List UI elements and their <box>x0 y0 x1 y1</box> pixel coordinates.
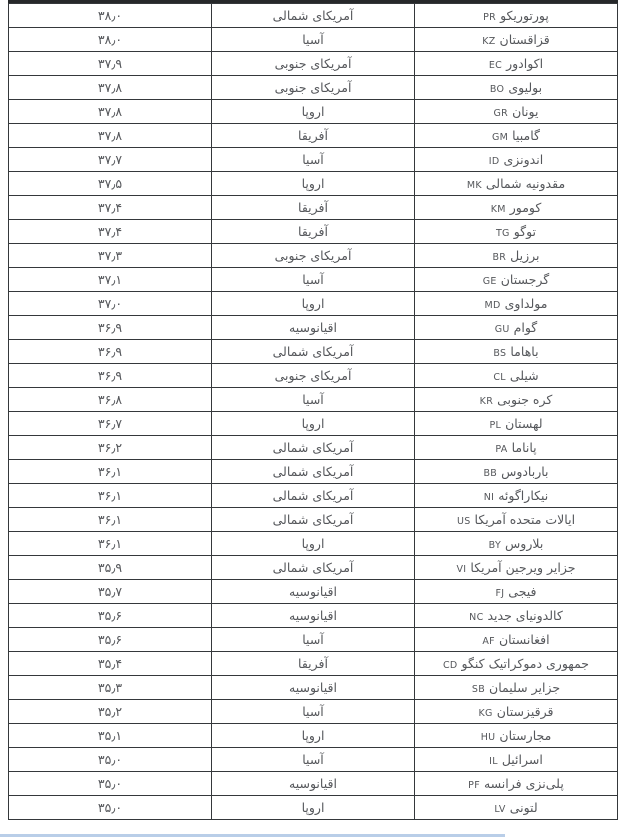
table-row: بلاروس BY اروپا ۳۶٫۱ <box>9 532 618 556</box>
continent-cell: آسیا <box>212 268 415 292</box>
value-text: ۳۶٫۹ <box>98 368 122 383</box>
country-name: گوام <box>514 320 538 335</box>
continent-cell: آسیا <box>212 28 415 52</box>
country-cell: توگو TG <box>415 220 618 244</box>
table-row: اندونزی ID آسیا ۳۷٫۷ <box>9 148 618 172</box>
country-name: لتونی <box>510 800 538 815</box>
value-text: ۳۸٫۰ <box>98 8 122 23</box>
value-cell: ۳۷٫۱ <box>9 268 212 292</box>
continent-cell: آمریکای شمالی <box>212 556 415 580</box>
country-name: بلاروس <box>505 536 543 551</box>
country-code: TG <box>496 228 510 239</box>
table-body: پورتوریکو PR آمریکای شمالی ۳۸٫۰ قزاقستان… <box>9 4 618 820</box>
value-cell: ۳۶٫۹ <box>9 316 212 340</box>
table-row: فیجی FJ اقیانوسیه ۳۵٫۷ <box>9 580 618 604</box>
continent-cell: اقیانوسیه <box>212 676 415 700</box>
table-row: جمهوری دموکراتیک کنگو CD آفریقا ۳۵٫۴ <box>9 652 618 676</box>
country-name: فیجی <box>508 584 536 599</box>
continent-name: آسیا <box>302 392 324 407</box>
country-cell: نیکاراگوئه NI <box>415 484 618 508</box>
country-code: BS <box>493 348 506 359</box>
continent-cell: آمریکای شمالی <box>212 436 415 460</box>
table-row: شیلی CL آمریکای جنوبی ۳۶٫۹ <box>9 364 618 388</box>
continent-cell: آمریکای شمالی <box>212 4 415 28</box>
value-cell: ۳۶٫۱ <box>9 508 212 532</box>
continent-cell: اروپا <box>212 100 415 124</box>
continent-cell: اقیانوسیه <box>212 604 415 628</box>
continent-cell: آمریکای شمالی <box>212 484 415 508</box>
value-cell: ۳۷٫۸ <box>9 124 212 148</box>
table-row: توگو TG آفریقا ۳۷٫۴ <box>9 220 618 244</box>
continent-cell: آسیا <box>212 388 415 412</box>
country-name: پلی‌نزی فرانسه <box>484 776 564 791</box>
value-text: ۳۶٫۸ <box>98 392 122 407</box>
continent-cell: آفریقا <box>212 124 415 148</box>
continent-cell: اروپا <box>212 532 415 556</box>
value-cell: ۳۷٫۸ <box>9 100 212 124</box>
table-row: لتونی LV اروپا ۳۵٫۰ <box>9 796 618 820</box>
country-name: باهاما <box>510 344 538 359</box>
country-cell: جزایر ویرجین آمریکا VI <box>415 556 618 580</box>
country-name: افغانستان <box>499 632 550 647</box>
continent-cell: اروپا <box>212 412 415 436</box>
country-cell: مجارستان HU <box>415 724 618 748</box>
value-cell: ۳۵٫۷ <box>9 580 212 604</box>
value-text: ۳۵٫۴ <box>98 656 122 671</box>
country-cell: اکوادور EC <box>415 52 618 76</box>
continent-cell: آمریکای جنوبی <box>212 76 415 100</box>
country-name: قزاقستان <box>500 32 550 47</box>
country-cell: یونان GR <box>415 100 618 124</box>
continent-cell: آمریکای جنوبی <box>212 52 415 76</box>
page: پورتوریکو PR آمریکای شمالی ۳۸٫۰ قزاقستان… <box>0 0 626 837</box>
country-name: قرقیزستان <box>497 704 554 719</box>
table-row: پاناما PA آمریکای شمالی ۳۶٫۲ <box>9 436 618 460</box>
country-name: ایالات متحده آمریکا <box>475 512 576 527</box>
value-text: ۳۵٫۶ <box>98 608 122 623</box>
value-text: ۳۵٫۷ <box>98 584 122 599</box>
countries-table-wrap: پورتوریکو PR آمریکای شمالی ۳۸٫۰ قزاقستان… <box>8 0 618 820</box>
country-cell: ایالات متحده آمریکا US <box>415 508 618 532</box>
table-row: اسرائیل IL آسیا ۳۵٫۰ <box>9 748 618 772</box>
continent-name: آسیا <box>302 152 324 167</box>
country-code: EC <box>489 60 502 71</box>
value-text: ۳۵٫۳ <box>98 680 122 695</box>
table-row: بولیوی BO آمریکای جنوبی ۳۷٫۸ <box>9 76 618 100</box>
country-cell: گرجستان GE <box>415 268 618 292</box>
country-name: اندونزی <box>503 152 543 167</box>
country-code: FJ <box>495 588 504 599</box>
continent-name: آمریکای جنوبی <box>275 80 352 95</box>
country-code: NC <box>469 612 483 623</box>
country-code: US <box>457 516 471 527</box>
continent-cell: آسیا <box>212 748 415 772</box>
country-name: مجارستان <box>499 728 551 743</box>
value-text: ۳۷٫۴ <box>98 200 122 215</box>
value-text: ۳۷٫۷ <box>98 152 122 167</box>
continent-name: اقیانوسیه <box>289 320 337 335</box>
continent-name: آسیا <box>302 704 324 719</box>
value-cell: ۳۵٫۱ <box>9 724 212 748</box>
country-cell: بولیوی BO <box>415 76 618 100</box>
country-name: باربادوس <box>501 464 548 479</box>
country-code: KM <box>491 204 506 215</box>
continent-name: آمریکای جنوبی <box>275 368 352 383</box>
continent-name: اقیانوسیه <box>289 680 337 695</box>
country-name: پورتوریکو <box>500 8 549 23</box>
continent-name: اروپا <box>302 176 325 191</box>
value-cell: ۳۵٫۰ <box>9 748 212 772</box>
value-text: ۳۵٫۹ <box>98 560 122 575</box>
table-row: باربادوس BB آمریکای شمالی ۳۶٫۱ <box>9 460 618 484</box>
continent-name: اقیانوسیه <box>289 776 337 791</box>
continent-name: آسیا <box>302 32 324 47</box>
country-code: MD <box>485 300 501 311</box>
continent-name: اروپا <box>302 416 325 431</box>
countries-table: پورتوریکو PR آمریکای شمالی ۳۸٫۰ قزاقستان… <box>8 3 618 820</box>
country-code: KG <box>479 708 493 719</box>
country-cell: فیجی FJ <box>415 580 618 604</box>
value-text: ۳۷٫۵ <box>98 176 122 191</box>
table-row: افغانستان AF آسیا ۳۵٫۶ <box>9 628 618 652</box>
continent-name: اقیانوسیه <box>289 608 337 623</box>
country-name: گامبیا <box>512 128 540 143</box>
country-name: جزایر ویرجین آمریکا <box>470 560 575 575</box>
value-text: ۳۶٫۱ <box>98 512 122 527</box>
continent-cell: اروپا <box>212 724 415 748</box>
continent-name: اروپا <box>302 728 325 743</box>
value-cell: ۳۵٫۰ <box>9 772 212 796</box>
continent-cell: اقیانوسیه <box>212 772 415 796</box>
table-row: جزایر ویرجین آمریکا VI آمریکای شمالی ۳۵٫… <box>9 556 618 580</box>
country-cell: جزایر سلیمان SB <box>415 676 618 700</box>
value-cell: ۳۵٫۲ <box>9 700 212 724</box>
value-cell: ۳۷٫۹ <box>9 52 212 76</box>
country-code: KZ <box>482 36 495 47</box>
continent-name: آمریکای شمالی <box>273 512 354 527</box>
table-row: لهستان PL اروپا ۳۶٫۷ <box>9 412 618 436</box>
country-cell: کالدونیای جدید NC <box>415 604 618 628</box>
country-code: PR <box>483 12 496 23</box>
continent-name: آسیا <box>302 632 324 647</box>
continent-name: آمریکای شمالی <box>273 440 354 455</box>
value-text: ۳۷٫۰ <box>98 296 122 311</box>
country-cell: کومور KM <box>415 196 618 220</box>
continent-name: آمریکای شمالی <box>273 488 354 503</box>
value-cell: ۳۷٫۵ <box>9 172 212 196</box>
country-name: برزیل <box>510 248 539 263</box>
value-text: ۳۷٫۸ <box>98 104 122 119</box>
table-row: ایالات متحده آمریکا US آمریکای شمالی ۳۶٫… <box>9 508 618 532</box>
value-text: ۳۶٫۹ <box>98 344 122 359</box>
country-cell: شیلی CL <box>415 364 618 388</box>
country-code: GR <box>494 108 509 119</box>
continent-cell: آمریکای شمالی <box>212 460 415 484</box>
value-cell: ۳۷٫۰ <box>9 292 212 316</box>
country-name: اسرائیل <box>502 752 543 767</box>
value-text: ۳۵٫۰ <box>98 752 122 767</box>
country-cell: افغانستان AF <box>415 628 618 652</box>
country-code: KR <box>480 396 493 407</box>
country-cell: مقدونیه شمالی MK <box>415 172 618 196</box>
country-cell: پاناما PA <box>415 436 618 460</box>
table-row: کالدونیای جدید NC اقیانوسیه ۳۵٫۶ <box>9 604 618 628</box>
country-code: PF <box>468 780 480 791</box>
country-code: BR <box>492 252 506 263</box>
continent-name: اروپا <box>302 800 325 815</box>
table-row: کومور KM آفریقا ۳۷٫۴ <box>9 196 618 220</box>
table-row: یونان GR اروپا ۳۷٫۸ <box>9 100 618 124</box>
value-text: ۳۷٫۸ <box>98 128 122 143</box>
value-cell: ۳۶٫۹ <box>9 340 212 364</box>
table-row: اکوادور EC آمریکای جنوبی ۳۷٫۹ <box>9 52 618 76</box>
table-row: پورتوریکو PR آمریکای شمالی ۳۸٫۰ <box>9 4 618 28</box>
continent-name: اروپا <box>302 104 325 119</box>
value-text: ۳۵٫۱ <box>98 728 122 743</box>
table-row: گرجستان GE آسیا ۳۷٫۱ <box>9 268 618 292</box>
value-text: ۳۶٫۹ <box>98 320 122 335</box>
value-cell: ۳۶٫۱ <box>9 460 212 484</box>
table-row: پلی‌نزی فرانسه PF اقیانوسیه ۳۵٫۰ <box>9 772 618 796</box>
country-code: BO <box>490 84 504 95</box>
table-row: مولداوی MD اروپا ۳۷٫۰ <box>9 292 618 316</box>
table-row: جزایر سلیمان SB اقیانوسیه ۳۵٫۳ <box>9 676 618 700</box>
table-row: برزیل BR آمریکای جنوبی ۳۷٫۳ <box>9 244 618 268</box>
continent-name: آسیا <box>302 272 324 287</box>
table-row: قرقیزستان KG آسیا ۳۵٫۲ <box>9 700 618 724</box>
country-name: اکوادور <box>506 56 543 71</box>
country-cell: اندونزی ID <box>415 148 618 172</box>
value-cell: ۳۵٫۴ <box>9 652 212 676</box>
value-text: ۳۵٫۰ <box>98 776 122 791</box>
continent-name: آفریقا <box>298 128 328 143</box>
value-cell: ۳۷٫۴ <box>9 196 212 220</box>
country-code: VI <box>457 564 467 575</box>
continent-name: آمریکای شمالی <box>273 8 354 23</box>
value-cell: ۳۶٫۱ <box>9 532 212 556</box>
value-cell: ۳۵٫۶ <box>9 628 212 652</box>
value-cell: ۳۶٫۱ <box>9 484 212 508</box>
value-cell: ۳۷٫۷ <box>9 148 212 172</box>
country-cell: گوام GU <box>415 316 618 340</box>
continent-cell: آسیا <box>212 628 415 652</box>
country-cell: جمهوری دموکراتیک کنگو CD <box>415 652 618 676</box>
value-text: ۳۵٫۶ <box>98 632 122 647</box>
continent-cell: آمریکای جنوبی <box>212 244 415 268</box>
continent-name: آمریکای جنوبی <box>275 248 352 263</box>
continent-name: آمریکای شمالی <box>273 344 354 359</box>
country-cell: باربادوس BB <box>415 460 618 484</box>
value-text: ۳۵٫۲ <box>98 704 122 719</box>
value-text: ۳۷٫۹ <box>98 56 122 71</box>
continent-name: آفریقا <box>298 656 328 671</box>
country-name: مقدونیه شمالی <box>486 176 565 191</box>
country-code: MK <box>467 180 482 191</box>
country-name: شیلی <box>510 368 539 383</box>
country-code: CL <box>493 372 506 383</box>
continent-cell: آفریقا <box>212 652 415 676</box>
value-cell: ۳۵٫۳ <box>9 676 212 700</box>
continent-name: اروپا <box>302 536 325 551</box>
table-row: باهاما BS آمریکای شمالی ۳۶٫۹ <box>9 340 618 364</box>
value-cell: ۳۸٫۰ <box>9 4 212 28</box>
continent-cell: اقیانوسیه <box>212 580 415 604</box>
country-cell: کره جنوبی KR <box>415 388 618 412</box>
table-row: مقدونیه شمالی MK اروپا ۳۷٫۵ <box>9 172 618 196</box>
continent-cell: آسیا <box>212 700 415 724</box>
country-name: یونان <box>512 104 538 119</box>
country-cell: لتونی LV <box>415 796 618 820</box>
value-cell: ۳۶٫۸ <box>9 388 212 412</box>
value-text: ۳۶٫۷ <box>98 416 122 431</box>
table-row: نیکاراگوئه NI آمریکای شمالی ۳۶٫۱ <box>9 484 618 508</box>
value-cell: ۳۵٫۶ <box>9 604 212 628</box>
country-name: لهستان <box>505 416 542 431</box>
country-name: جمهوری دموکراتیک کنگو <box>462 656 590 671</box>
country-code: NI <box>484 492 495 503</box>
value-text: ۳۷٫۴ <box>98 224 122 239</box>
value-cell: ۳۵٫۰ <box>9 796 212 820</box>
country-code: GE <box>483 276 497 287</box>
table-row: کره جنوبی KR آسیا ۳۶٫۸ <box>9 388 618 412</box>
country-code: GM <box>492 132 508 143</box>
value-text: ۳۷٫۸ <box>98 80 122 95</box>
country-code: BY <box>489 540 501 551</box>
country-code: BB <box>483 468 497 479</box>
country-cell: لهستان PL <box>415 412 618 436</box>
continent-name: آسیا <box>302 752 324 767</box>
country-code: PA <box>495 444 507 455</box>
country-cell: قرقیزستان KG <box>415 700 618 724</box>
continent-name: آمریکای شمالی <box>273 464 354 479</box>
value-cell: ۳۸٫۰ <box>9 28 212 52</box>
continent-name: اروپا <box>302 296 325 311</box>
value-text: ۳۶٫۱ <box>98 488 122 503</box>
country-cell: برزیل BR <box>415 244 618 268</box>
continent-cell: آمریکای جنوبی <box>212 364 415 388</box>
country-code: CD <box>443 660 458 671</box>
country-cell: پورتوریکو PR <box>415 4 618 28</box>
country-name: نیکاراگوئه <box>498 488 548 503</box>
table-row: قزاقستان KZ آسیا ۳۸٫۰ <box>9 28 618 52</box>
continent-cell: اروپا <box>212 292 415 316</box>
country-name: مولداوی <box>505 296 548 311</box>
continent-name: آمریکای جنوبی <box>275 56 352 71</box>
value-cell: ۳۷٫۴ <box>9 220 212 244</box>
value-text: ۳۵٫۰ <box>98 800 122 815</box>
country-cell: بلاروس BY <box>415 532 618 556</box>
country-cell: قزاقستان KZ <box>415 28 618 52</box>
value-cell: ۳۵٫۹ <box>9 556 212 580</box>
value-cell: ۳۶٫۷ <box>9 412 212 436</box>
country-code: PL <box>489 420 501 431</box>
value-cell: ۳۶٫۹ <box>9 364 212 388</box>
country-name: پاناما <box>512 440 537 455</box>
country-cell: پلی‌نزی فرانسه PF <box>415 772 618 796</box>
value-text: ۳۶٫۲ <box>98 440 122 455</box>
country-name: کومور <box>510 200 542 215</box>
country-code: HU <box>481 732 496 743</box>
country-cell: مولداوی MD <box>415 292 618 316</box>
country-cell: اسرائیل IL <box>415 748 618 772</box>
value-text: ۳۶٫۱ <box>98 464 122 479</box>
continent-name: اقیانوسیه <box>289 584 337 599</box>
value-cell: ۳۶٫۲ <box>9 436 212 460</box>
continent-cell: اقیانوسیه <box>212 316 415 340</box>
country-name: کالدونیای جدید <box>488 608 563 623</box>
country-code: GU <box>495 324 510 335</box>
table-row: گوام GU اقیانوسیه ۳۶٫۹ <box>9 316 618 340</box>
continent-cell: اروپا <box>212 796 415 820</box>
value-text: ۳۸٫۰ <box>98 32 122 47</box>
country-name: گرجستان <box>501 272 550 287</box>
country-cell: باهاما BS <box>415 340 618 364</box>
country-code: LV <box>494 804 505 815</box>
country-cell: گامبیا GM <box>415 124 618 148</box>
continent-cell: آفریقا <box>212 196 415 220</box>
continent-cell: آسیا <box>212 148 415 172</box>
table-row: مجارستان HU اروپا ۳۵٫۱ <box>9 724 618 748</box>
country-name: توگو <box>514 224 536 239</box>
continent-name: آفریقا <box>298 200 328 215</box>
country-name: بولیوی <box>508 80 542 95</box>
continent-cell: آمریکای شمالی <box>212 508 415 532</box>
value-text: ۳۷٫۱ <box>98 272 122 287</box>
continent-cell: آمریکای شمالی <box>212 340 415 364</box>
country-code: IL <box>489 756 498 767</box>
continent-cell: آفریقا <box>212 220 415 244</box>
country-code: AF <box>482 636 495 647</box>
country-code: SB <box>472 684 485 695</box>
continent-name: آمریکای شمالی <box>273 560 354 575</box>
table-row: گامبیا GM آفریقا ۳۷٫۸ <box>9 124 618 148</box>
value-text: ۳۷٫۳ <box>98 248 122 263</box>
value-text: ۳۶٫۱ <box>98 536 122 551</box>
country-name: جزایر سلیمان <box>489 680 560 695</box>
continent-name: آفریقا <box>298 224 328 239</box>
continent-cell: اروپا <box>212 172 415 196</box>
country-name: کره جنوبی <box>497 392 552 407</box>
value-cell: ۳۷٫۳ <box>9 244 212 268</box>
country-code: ID <box>489 156 500 167</box>
value-cell: ۳۷٫۸ <box>9 76 212 100</box>
